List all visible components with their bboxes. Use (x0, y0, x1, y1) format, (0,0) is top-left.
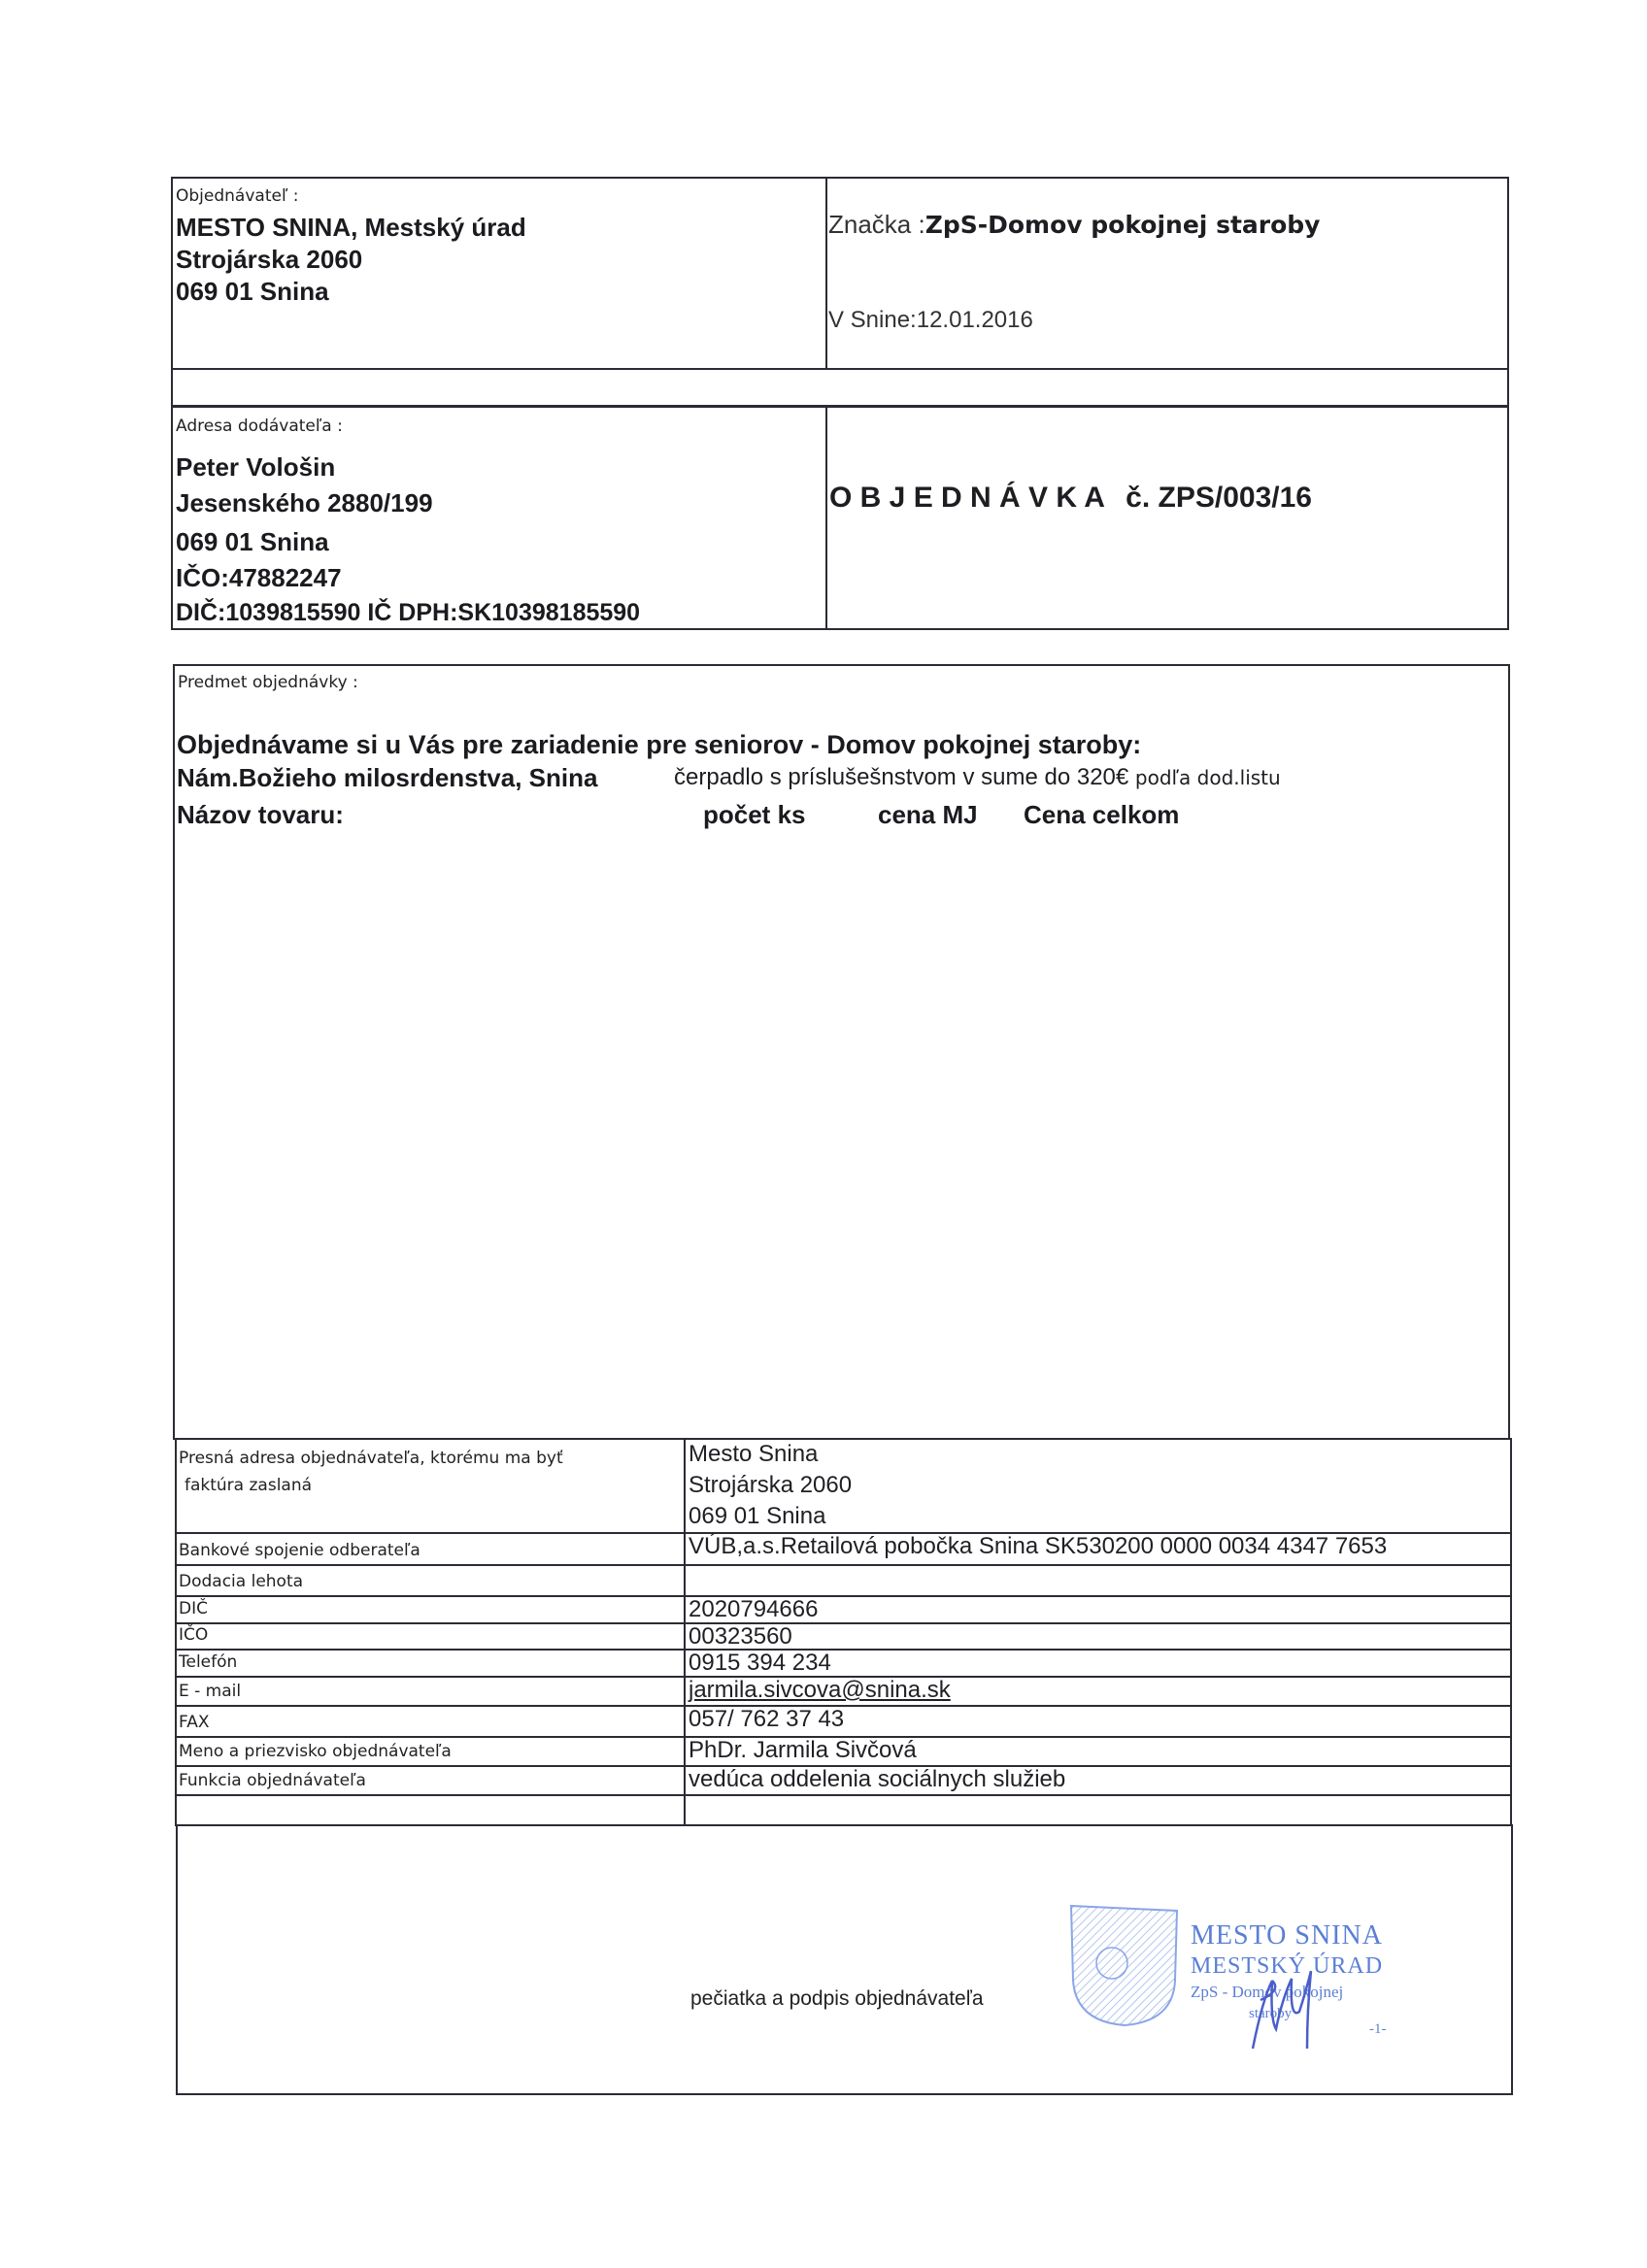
subject-item-main: čerpadlo s príslušešnstvom v sume do 320… (674, 764, 1128, 790)
supplier-dic: DIČ:1039815590 IČ DPH:SK10398185590 (176, 599, 640, 627)
coat-of-arms-icon (1068, 1903, 1180, 2029)
order-number: č. ZPS/003/16 (1126, 482, 1312, 514)
reference: Značka :ZpS-Domov pokojnej staroby (828, 210, 1320, 240)
subject-item: čerpadlo s príslušešnstvom v sume do 320… (674, 764, 1281, 791)
subject-item-suffix: podľa dod.listu (1135, 766, 1281, 789)
supplier-name: Peter Vološin (176, 452, 335, 483)
divider (175, 1649, 1512, 1651)
detail-label: FAX (179, 1713, 210, 1732)
detail-value: vedúca oddelenia sociálnych služieb (689, 1766, 1065, 1793)
invoice-address-line: Mesto Snina (689, 1441, 818, 1468)
detail-label: Meno a priezvisko objednávateľa (179, 1742, 452, 1761)
customer-label: Objednávateľ : (176, 186, 298, 206)
detail-label: Funkcia objednávateľa (179, 1771, 366, 1790)
divider (684, 1438, 686, 1826)
detail-value: VÚB,a.s.Retailová pobočka Snina SK530200… (689, 1533, 1387, 1560)
stamp-line: MESTO SNINA (1191, 1920, 1383, 1951)
customer-city: 069 01 Snina (176, 277, 329, 307)
detail-label: E - mail (179, 1682, 241, 1701)
email-link[interactable]: jarmila.sivcova@snina.sk (689, 1677, 951, 1704)
divider (175, 1622, 1512, 1624)
place-date: V Snine:12.01.2016 (828, 307, 1033, 334)
customer-name: MESTO SNINA, Mestský úrad (176, 213, 526, 243)
detail-label: DIČ (179, 1599, 208, 1618)
supplier-street: Jesenského 2880/199 (176, 488, 433, 518)
supplier-label: Adresa dodávateľa : (176, 417, 343, 436)
divider (175, 1564, 1512, 1566)
column-total-price: Cena celkom (1024, 800, 1179, 830)
subject-intro: Objednávame si u Vás pre zariadenie pre … (177, 730, 1141, 760)
reference-label: Značka : (828, 210, 925, 239)
column-quantity: počet ks (703, 800, 806, 830)
detail-label: IČO (179, 1625, 208, 1645)
detail-label: Dodacia lehota (179, 1572, 303, 1591)
customer-street: Strojárska 2060 (176, 245, 362, 275)
detail-value: PhDr. Jarmila Sivčová (689, 1737, 917, 1764)
detail-value: 00323560 (689, 1623, 792, 1651)
reference-value: ZpS-Domov pokojnej staroby (925, 211, 1321, 239)
official-stamp: MESTO SNINA MESTSKÝ ÚRAD ZpS - Domov pok… (1068, 1903, 1457, 2058)
divider (171, 368, 1509, 370)
order-title-text: O B J E D N Á V K A (829, 482, 1104, 514)
invoice-address-label: Presná adresa objednávateľa, ktorému ma … (179, 1449, 563, 1468)
signature-label: pečiatka a podpis objednávateľa (690, 1987, 984, 2011)
stamp-line: -1- (1369, 2021, 1387, 2038)
divider (825, 177, 827, 369)
invoice-address-line: Strojárska 2060 (689, 1472, 852, 1499)
detail-label: Telefón (179, 1652, 237, 1672)
invoice-address-line: 069 01 Snina (689, 1503, 825, 1530)
divider (175, 1794, 1512, 1796)
invoice-address-label-2: faktúra zaslaná (185, 1476, 312, 1495)
signature-scribble-icon (1214, 1961, 1369, 2058)
detail-value: 057/ 762 37 43 (689, 1706, 844, 1733)
divider (175, 1595, 1512, 1597)
subject-label: Predmet objednávky : (178, 673, 358, 692)
supplier-ico: IČO:47882247 (176, 563, 342, 593)
detail-label: Bankové spojenie odberateľa (179, 1541, 420, 1560)
supplier-city: 069 01 Snina (176, 527, 329, 557)
order-title: O B J E D N Á V K A č. ZPS/003/16 (829, 482, 1312, 515)
detail-value: 0915 394 234 (689, 1650, 831, 1677)
divider (825, 405, 827, 630)
column-unit-price: cena MJ (878, 800, 978, 830)
column-product-name: Názov tovaru: (177, 800, 344, 830)
detail-value: 2020794666 (689, 1596, 818, 1623)
subject-location: Nám.Božieho milosrdenstva, Snina (177, 763, 597, 793)
